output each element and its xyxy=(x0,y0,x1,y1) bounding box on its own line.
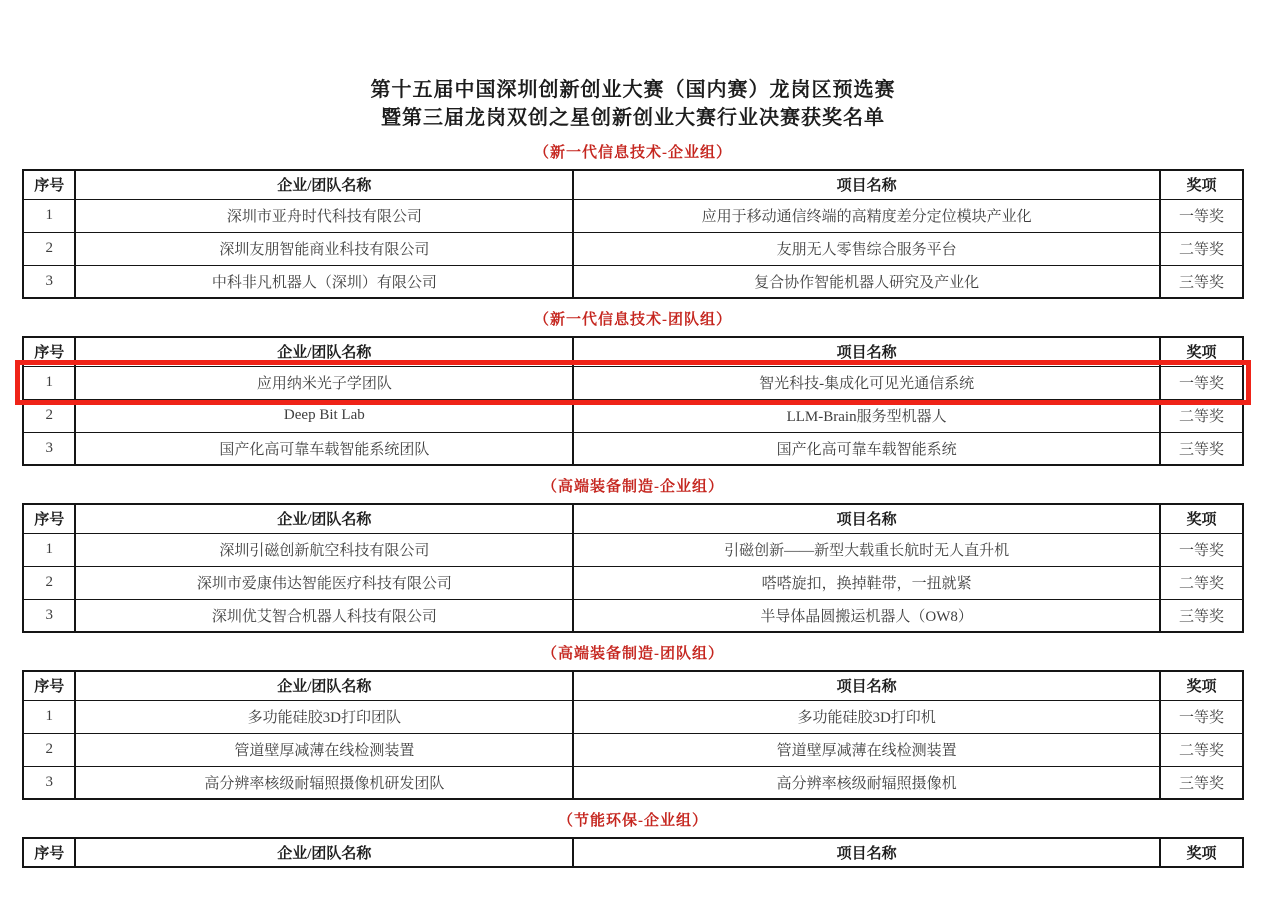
col-header-name: 企业/团队名称 xyxy=(75,838,573,867)
cell-name: 深圳市爱康伟达智能医疗科技有限公司 xyxy=(75,566,573,599)
table-header-row: 序号 企业/团队名称 项目名称 奖项 xyxy=(23,337,1243,366)
col-header-project: 项目名称 xyxy=(573,504,1160,533)
section-block: （节能环保-企业组） 序号 企业/团队名称 项目名称 奖项 xyxy=(22,813,1244,868)
col-header-name: 企业/团队名称 xyxy=(75,504,573,533)
cell-project: 高分辨率核级耐辐照摄像机 xyxy=(573,766,1160,799)
cell-index: 3 xyxy=(23,432,75,465)
col-header-award: 奖项 xyxy=(1160,170,1243,199)
document-title-line1: 第十五届中国深圳创新创业大赛（国内赛）龙岗区预选赛 xyxy=(22,76,1244,104)
table-row: 2管道壁厚减薄在线检测装置管道壁厚减薄在线检测装置二等奖 xyxy=(23,733,1243,766)
table-row: 1深圳引磁创新航空科技有限公司引磁创新——新型大载重长航时无人直升机一等奖 xyxy=(23,533,1243,566)
awards-table-wrap: 序号 企业/团队名称 项目名称 奖项 1深圳引磁创新航空科技有限公司引磁创新——… xyxy=(22,503,1244,633)
cell-index: 1 xyxy=(23,199,75,232)
cell-project: 复合协作智能机器人研究及产业化 xyxy=(573,265,1160,298)
cell-index: 3 xyxy=(23,599,75,632)
table-body: 1多功能硅胶3D打印团队多功能硅胶3D打印机一等奖2管道壁厚减薄在线检测装置管道… xyxy=(23,700,1243,799)
cell-award: 三等奖 xyxy=(1160,599,1243,632)
col-header-index: 序号 xyxy=(23,170,75,199)
document-title: 第十五届中国深圳创新创业大赛（国内赛）龙岗区预选赛 暨第三届龙岗双创之星创新创业… xyxy=(22,76,1244,132)
col-header-award: 奖项 xyxy=(1160,504,1243,533)
cell-index: 3 xyxy=(23,766,75,799)
cell-award: 一等奖 xyxy=(1160,199,1243,232)
cell-name: 应用纳米光子学团队 xyxy=(75,366,573,399)
cell-name: 多功能硅胶3D打印团队 xyxy=(75,700,573,733)
cell-name: 国产化高可靠车载智能系统团队 xyxy=(75,432,573,465)
cell-index: 2 xyxy=(23,733,75,766)
cell-project: 引磁创新——新型大载重长航时无人直升机 xyxy=(573,533,1160,566)
table-row: 1多功能硅胶3D打印团队多功能硅胶3D打印机一等奖 xyxy=(23,700,1243,733)
cell-name: 深圳引磁创新航空科技有限公司 xyxy=(75,533,573,566)
cell-index: 2 xyxy=(23,232,75,265)
sections: （新一代信息技术-企业组） 序号 企业/团队名称 项目名称 奖项 1深圳市亚舟时… xyxy=(22,145,1244,868)
table-row: 2Deep Bit LabLLM-Brain服务型机器人二等奖 xyxy=(23,399,1243,432)
cell-name: 深圳友朋智能商业科技有限公司 xyxy=(75,232,573,265)
document-title-line2: 暨第三届龙岗双创之星创新创业大赛行业决赛获奖名单 xyxy=(22,104,1244,132)
section-header: （新一代信息技术-团队组） xyxy=(22,312,1244,329)
cell-name: 中科非凡机器人（深圳）有限公司 xyxy=(75,265,573,298)
cell-name: 深圳市亚舟时代科技有限公司 xyxy=(75,199,573,232)
cell-name: 管道壁厚减薄在线检测装置 xyxy=(75,733,573,766)
table-header-row: 序号 企业/团队名称 项目名称 奖项 xyxy=(23,504,1243,533)
col-header-project: 项目名称 xyxy=(573,170,1160,199)
table-row: 2深圳市爱康伟达智能医疗科技有限公司嗒嗒旋扣，换掉鞋带，一扭就紧二等奖 xyxy=(23,566,1243,599)
awards-table: 序号 企业/团队名称 项目名称 奖项 1深圳市亚舟时代科技有限公司应用于移动通信… xyxy=(22,169,1244,299)
col-header-name: 企业/团队名称 xyxy=(75,170,573,199)
table-row: 3国产化高可靠车载智能系统团队国产化高可靠车载智能系统三等奖 xyxy=(23,432,1243,465)
table-row: 1应用纳米光子学团队智光科技-集成化可见光通信系统一等奖 xyxy=(23,366,1243,399)
cell-index: 2 xyxy=(23,566,75,599)
section-block: （新一代信息技术-企业组） 序号 企业/团队名称 项目名称 奖项 1深圳市亚舟时… xyxy=(22,145,1244,299)
cell-index: 1 xyxy=(23,533,75,566)
cell-project: 半导体晶圆搬运机器人（OW8） xyxy=(573,599,1160,632)
cell-award: 二等奖 xyxy=(1160,399,1243,432)
table-row: 3中科非凡机器人（深圳）有限公司复合协作智能机器人研究及产业化三等奖 xyxy=(23,265,1243,298)
awards-table: 序号 企业/团队名称 项目名称 奖项 xyxy=(22,837,1244,868)
section-header: （新一代信息技术-企业组） xyxy=(22,145,1244,162)
section-block: （高端装备制造-企业组） 序号 企业/团队名称 项目名称 奖项 1深圳引磁创新航… xyxy=(22,479,1244,633)
cell-award: 三等奖 xyxy=(1160,265,1243,298)
col-header-project: 项目名称 xyxy=(573,671,1160,700)
cell-name: 高分辨率核级耐辐照摄像机研发团队 xyxy=(75,766,573,799)
col-header-index: 序号 xyxy=(23,671,75,700)
col-header-project: 项目名称 xyxy=(573,337,1160,366)
table-body: 1深圳引磁创新航空科技有限公司引磁创新——新型大载重长航时无人直升机一等奖2深圳… xyxy=(23,533,1243,632)
cell-index: 3 xyxy=(23,265,75,298)
cell-award: 三等奖 xyxy=(1160,766,1243,799)
col-header-project: 项目名称 xyxy=(573,838,1160,867)
awards-table-wrap: 序号 企业/团队名称 项目名称 奖项 xyxy=(22,837,1244,868)
cell-index: 2 xyxy=(23,399,75,432)
cell-award: 二等奖 xyxy=(1160,733,1243,766)
table-header-row: 序号 企业/团队名称 项目名称 奖项 xyxy=(23,170,1243,199)
table-row: 3高分辨率核级耐辐照摄像机研发团队高分辨率核级耐辐照摄像机三等奖 xyxy=(23,766,1243,799)
cell-index: 1 xyxy=(23,700,75,733)
table-row: 3深圳优艾智合机器人科技有限公司半导体晶圆搬运机器人（OW8）三等奖 xyxy=(23,599,1243,632)
col-header-award: 奖项 xyxy=(1160,671,1243,700)
cell-project: 国产化高可靠车载智能系统 xyxy=(573,432,1160,465)
col-header-index: 序号 xyxy=(23,337,75,366)
awards-table: 序号 企业/团队名称 项目名称 奖项 1应用纳米光子学团队智光科技-集成化可见光… xyxy=(22,336,1244,466)
awards-table-wrap: 序号 企业/团队名称 项目名称 奖项 1深圳市亚舟时代科技有限公司应用于移动通信… xyxy=(22,169,1244,299)
col-header-name: 企业/团队名称 xyxy=(75,671,573,700)
col-header-index: 序号 xyxy=(23,504,75,533)
section-block: （高端装备制造-团队组） 序号 企业/团队名称 项目名称 奖项 1多功能硅胶3D… xyxy=(22,646,1244,800)
cell-project: 多功能硅胶3D打印机 xyxy=(573,700,1160,733)
cell-award: 二等奖 xyxy=(1160,232,1243,265)
cell-award: 三等奖 xyxy=(1160,432,1243,465)
cell-award: 一等奖 xyxy=(1160,366,1243,399)
cell-project: LLM-Brain服务型机器人 xyxy=(573,399,1160,432)
cell-index: 1 xyxy=(23,366,75,399)
cell-award: 一等奖 xyxy=(1160,700,1243,733)
table-header-row: 序号 企业/团队名称 项目名称 奖项 xyxy=(23,838,1243,867)
document-page: 第十五届中国深圳创新创业大赛（国内赛）龙岗区预选赛 暨第三届龙岗双创之星创新创业… xyxy=(0,0,1270,868)
cell-name: Deep Bit Lab xyxy=(75,399,573,432)
cell-project: 管道壁厚减薄在线检测装置 xyxy=(573,733,1160,766)
table-row: 2深圳友朋智能商业科技有限公司友朋无人零售综合服务平台二等奖 xyxy=(23,232,1243,265)
cell-project: 友朋无人零售综合服务平台 xyxy=(573,232,1160,265)
section-header: （节能环保-企业组） xyxy=(22,813,1244,830)
cell-project: 嗒嗒旋扣，换掉鞋带，一扭就紧 xyxy=(573,566,1160,599)
awards-table-wrap: 序号 企业/团队名称 项目名称 奖项 1应用纳米光子学团队智光科技-集成化可见光… xyxy=(22,336,1244,466)
awards-table: 序号 企业/团队名称 项目名称 奖项 1深圳引磁创新航空科技有限公司引磁创新——… xyxy=(22,503,1244,633)
col-header-award: 奖项 xyxy=(1160,337,1243,366)
cell-project: 智光科技-集成化可见光通信系统 xyxy=(573,366,1160,399)
table-header-row: 序号 企业/团队名称 项目名称 奖项 xyxy=(23,671,1243,700)
awards-table: 序号 企业/团队名称 项目名称 奖项 1多功能硅胶3D打印团队多功能硅胶3D打印… xyxy=(22,670,1244,800)
cell-award: 二等奖 xyxy=(1160,566,1243,599)
section-header: （高端装备制造-团队组） xyxy=(22,646,1244,663)
table-row: 1深圳市亚舟时代科技有限公司应用于移动通信终端的高精度差分定位模块产业化一等奖 xyxy=(23,199,1243,232)
cell-award: 一等奖 xyxy=(1160,533,1243,566)
col-header-index: 序号 xyxy=(23,838,75,867)
table-body: 1深圳市亚舟时代科技有限公司应用于移动通信终端的高精度差分定位模块产业化一等奖2… xyxy=(23,199,1243,298)
section-header: （高端装备制造-企业组） xyxy=(22,479,1244,496)
section-block: （新一代信息技术-团队组） 序号 企业/团队名称 项目名称 奖项 1应用纳米光子… xyxy=(22,312,1244,466)
awards-table-wrap: 序号 企业/团队名称 项目名称 奖项 1多功能硅胶3D打印团队多功能硅胶3D打印… xyxy=(22,670,1244,800)
col-header-name: 企业/团队名称 xyxy=(75,337,573,366)
col-header-award: 奖项 xyxy=(1160,838,1243,867)
table-body: 1应用纳米光子学团队智光科技-集成化可见光通信系统一等奖2Deep Bit La… xyxy=(23,366,1243,465)
cell-project: 应用于移动通信终端的高精度差分定位模块产业化 xyxy=(573,199,1160,232)
cell-name: 深圳优艾智合机器人科技有限公司 xyxy=(75,599,573,632)
